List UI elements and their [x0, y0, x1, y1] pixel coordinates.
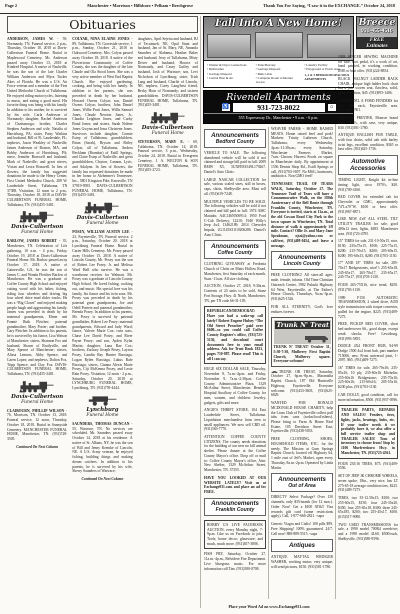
classified-ad: FISH FRY, Saturday, October 27, 11a.m.-4…: [204, 552, 266, 571]
classified-ad: FOUR 235/16 TIRES, $75. (931)409-5556.: [338, 462, 398, 471]
obituary-column-3: daughters, April Sejeira and husband, BJ…: [138, 37, 198, 608]
classified-ad: BLACK WALNUT LADDER BACK CHAIR, antique …: [338, 77, 398, 96]
classified-ad: FREE CLOTHING, SHOES, HOUSEHOLD ITEMS, E…: [271, 437, 333, 470]
classified-ad: ATTENTION COFFEE COUNTY CITIZENS. The co…: [204, 435, 266, 473]
classifieds-column-6: 1903 SINGER SEWING MACHINE for sale, foo…: [338, 55, 398, 601]
classified-ad: LIKE NEW 4'x8' ALL STEEL TILT UTILITY TR…: [338, 217, 398, 236]
classified-ad: TENNESSEE TRAIL OF TEARS WALK, Saturday,…: [271, 182, 333, 248]
rivendell-phone: 931-723-8022: [233, 103, 325, 112]
classified-ad: CAR DOLLY, good condition, call for more…: [338, 393, 398, 402]
classified-ad: MULTIPLE VEHICLES TO BE SOLD. The follow…: [204, 200, 266, 238]
obituary: POSEY, WILLIAM AUSTIN LEE - 23, Fayettev…: [72, 230, 132, 391]
column-divider: [268, 127, 269, 599]
rivendell-ad: Rivendell Apartments ♿ 931-723-8022 ⌂ 55…: [203, 90, 354, 124]
obituary-continuation: daughters, April Sejeira and husband, BJ…: [138, 37, 198, 108]
word-ad-footer: Place your Word Ad on www.Exchange931.co…: [204, 604, 334, 609]
funeral-home-logo: Davis-Culbertson Funeral Home: [7, 210, 67, 235]
obituaries-title: Obituaries: [7, 16, 198, 33]
trunk-n-treat-title: Trunk N' Treat: [275, 321, 330, 329]
classified-ad: DIRECTV Select Package? Over 150 channel…: [271, 495, 333, 519]
classifieds-column-5: WEAVER FARMS - HOME RAISED MEATS. Home r…: [271, 127, 333, 600]
building-photo: [255, 32, 303, 58]
masthead-tagline: Thank You For Saying, “I saw it in the E…: [263, 3, 395, 12]
obituary: CLAIBOURN, PHILLIP WILSON - 76, Morrison…: [7, 409, 67, 442]
breece-name: Breece: [357, 18, 397, 28]
classified-ad: LARGE NASCAR COLLECTION for sale, variou…: [204, 178, 266, 197]
trunk-n-treat-image: Trunk N' Treat: [274, 320, 331, 344]
obituary: ANDERSON, JAMES W. - 59, Normandy, TN. F…: [7, 37, 67, 207]
classified-ad: TRUNK OR TREAT, Saturday, October 27, 6p…: [271, 370, 333, 398]
classifieds-column-4: Announcements Bedford County VEHICLE TO …: [204, 128, 266, 600]
building-photo: [207, 34, 251, 58]
obituary: COLYAR, NINA ELAINE JONES - 89, Tullahom…: [72, 37, 132, 198]
funeral-home-logo: Lynchburg Funeral Home: [72, 394, 132, 418]
classified-ad: ANTIQUE ENGLISH PUB TABLE, with four cha…: [338, 133, 398, 152]
classified-ad: Generic Viagra and Cialis! 100 pills $99…: [271, 522, 333, 536]
wheelchair-icon: ♿: [222, 104, 230, 111]
stagecoach-icon: [86, 394, 118, 406]
obituaries-section: ANDERSON, JAMES W. - 59, Normandy, TN. F…: [7, 37, 198, 608]
classified-ad-boxed: BOBBY G'S LIVE FACEBOOK AUCTION, every M…: [204, 520, 266, 550]
classified-ad: 1989 F150 AUTOMATIC TRANSMISSION, 2 whee…: [338, 296, 398, 320]
classified-ad: 1903 SINGER SEWING MACHINE for sale, foo…: [338, 55, 398, 74]
section-header-out-of-area: Announcements Out of Area: [271, 473, 333, 492]
train-icon: [19, 210, 55, 223]
page-number: Page 2: [5, 3, 17, 12]
breece-free-estimates: FREE Estimates: [357, 37, 397, 49]
classified-ad: 15" TIRES for sale, 231-10-50x15, nice, …: [338, 239, 398, 258]
classified-ad: 17" AND 18" TIRES for sale, 285-70x17 Br…: [338, 261, 398, 280]
masthead-cities: Manchester • Morrison • Hillsboro • Pelh…: [87, 3, 193, 12]
continued-note: Continued On Next Column: [72, 477, 132, 481]
classified-ad: HAVE YOU LOOKED AT OUR WEBSITE LATELY? V…: [204, 476, 266, 495]
breece-phone: 931-455-4516: [357, 28, 397, 34]
obituary: STEVERSON, MARY E. - 69, Tullahoma, TN. …: [138, 140, 198, 173]
apartment-ad-headline: Fall Into A New Home!: [204, 18, 353, 29]
classified-ad: TIRES, two 35-12.50x15, $100; two 255-60…: [338, 496, 398, 520]
header-rule: [0, 13, 400, 14]
train-icon: [84, 201, 120, 214]
apartment-photos: Fall Into A New Home!: [204, 17, 353, 61]
truck-icon: [304, 332, 330, 343]
obituary-column-2: COLYAR, NINA ELAINE JONES - 89, Tullahom…: [72, 37, 132, 608]
trunk-n-treat-ad: Trunk N' Treat TRUNK N' TREAT! October 3…: [271, 317, 333, 366]
funeral-home-logo: Davis-Culbertson Funeral Home: [7, 380, 67, 405]
rivendell-name: Rivendell Apartments: [204, 93, 353, 103]
apartment-amenities: • Washer & Dryer Connections • Dishwashe…: [204, 61, 353, 85]
page-header: Page 2 Manchester • Morrison • Hillsboro…: [5, 3, 395, 12]
classified-ad-boxed: TRAILER PARTS, REPAIRS AND SALES! Fender…: [338, 405, 398, 458]
classified-ad: CLOTHING GIVEAWAY at Fredonia Church of …: [204, 262, 266, 281]
classified-ad: TWO USED TRANSMISSIONS for sale, a 1990 …: [338, 523, 398, 542]
classified-ad: BED COVER for extended cab for Chevrolet…: [338, 195, 398, 214]
section-header-coffee: Announcements Coffee County: [204, 240, 266, 259]
section-header-automotive: Automotive Accessories: [338, 155, 398, 175]
breece-ad: Breece 931-455-4516 FREE Estimates: [356, 16, 398, 49]
classified-ad: ANGIE'S THRIFT STORE, 104 East Lauderdal…: [204, 408, 266, 432]
section-header-antiques: Antiques: [271, 539, 333, 552]
rivendell-address: 555 Expressway Dr., Manchester • 9 a.m. …: [204, 113, 353, 120]
apartment-ad: Fall Into A New Home! • Washer & Dryer C…: [203, 16, 354, 88]
car-icon: [271, 370, 278, 374]
classified-ad: WANTED FOR RONALD MCDONALD HOUSE CHARITY…: [271, 401, 333, 434]
trunk-n-treat-caption: TRUNK N' TREAT! October 31, 5:30-7:30, M…: [274, 345, 331, 364]
section-header-bedford: Announcements Bedford County: [204, 129, 266, 148]
train-icon: [19, 380, 55, 393]
classified-ad: HUGE SIX DOLLAR SALE, Thursday, November…: [204, 367, 266, 405]
funeral-home-logo: Davis-Culbertson Funeral Home: [72, 201, 132, 226]
classified-ad: ANTIQUE MAYTAG WRINGER WASHER, working m…: [271, 555, 333, 569]
classified-ad: 1930 MODEL A FORD FENDERS for sale, $50 …: [338, 99, 398, 113]
train-icon: [150, 111, 186, 124]
classified-ad: FREE CLOTHING! All sizes-all ages: male,…: [271, 273, 333, 301]
classified-ad: WEAVER FARMS - HOME RAISED MEATS. Home r…: [271, 127, 333, 179]
section-header-franklin: Announcements Franklin County: [204, 498, 266, 517]
obituary: BARLOW, JAMES ROBERT - 35, Manchester, T…: [7, 239, 67, 376]
classified-ad: FOR ALL ETERNITY, God's love endures for…: [271, 305, 333, 314]
classified-ad: FOUR 265-75X16, nice tread, $250. (931)7…: [338, 283, 398, 292]
classified-ad: 16" TIRES for sale, 265-70x16; 235-85x16…: [338, 366, 398, 390]
obituary-column-1: ANDERSON, JAMES W. - 59, Normandy, TN. F…: [7, 37, 67, 608]
classified-ad: TIMING LIGHT, Knight kit in-line timing …: [338, 178, 398, 192]
classified-ad: FREE, PICKUP BED COVER, short bed underc…: [338, 322, 398, 341]
house-icon: ⌂: [328, 104, 336, 111]
column-divider: [335, 54, 336, 599]
funeral-home-logo: Davis-Culbertson Funeral Home: [138, 111, 198, 136]
classified-ad: SET OF JEEP JK CHROME WHEELS, seven spok…: [338, 474, 398, 493]
column-divider: [200, 16, 201, 608]
classified-ad-boxed: REPUBLICAN/DEMOCRAT: Have you had a wake…: [204, 306, 266, 364]
section-header-lincoln: Announcements Lincoln County: [271, 251, 333, 270]
continued-note: Continued On Next Column: [7, 445, 67, 449]
classified-ad: DODGE 4X4 FRONT HUB, 94-99 Dodge 1500 4x…: [338, 344, 398, 363]
obituary: SAUNDERS, THOMAS DUNCAN - 55, Wartrace, …: [72, 422, 132, 474]
classified-ad: VINTAGE PRINTER, Monroe brand from 1920'…: [338, 116, 398, 130]
classified-ad: VEHICLE TO SALE. The following abandoned…: [204, 151, 266, 175]
classified-ad: AUCTION, October 27, 2018, 9:30a.m. Cont…: [204, 284, 266, 303]
